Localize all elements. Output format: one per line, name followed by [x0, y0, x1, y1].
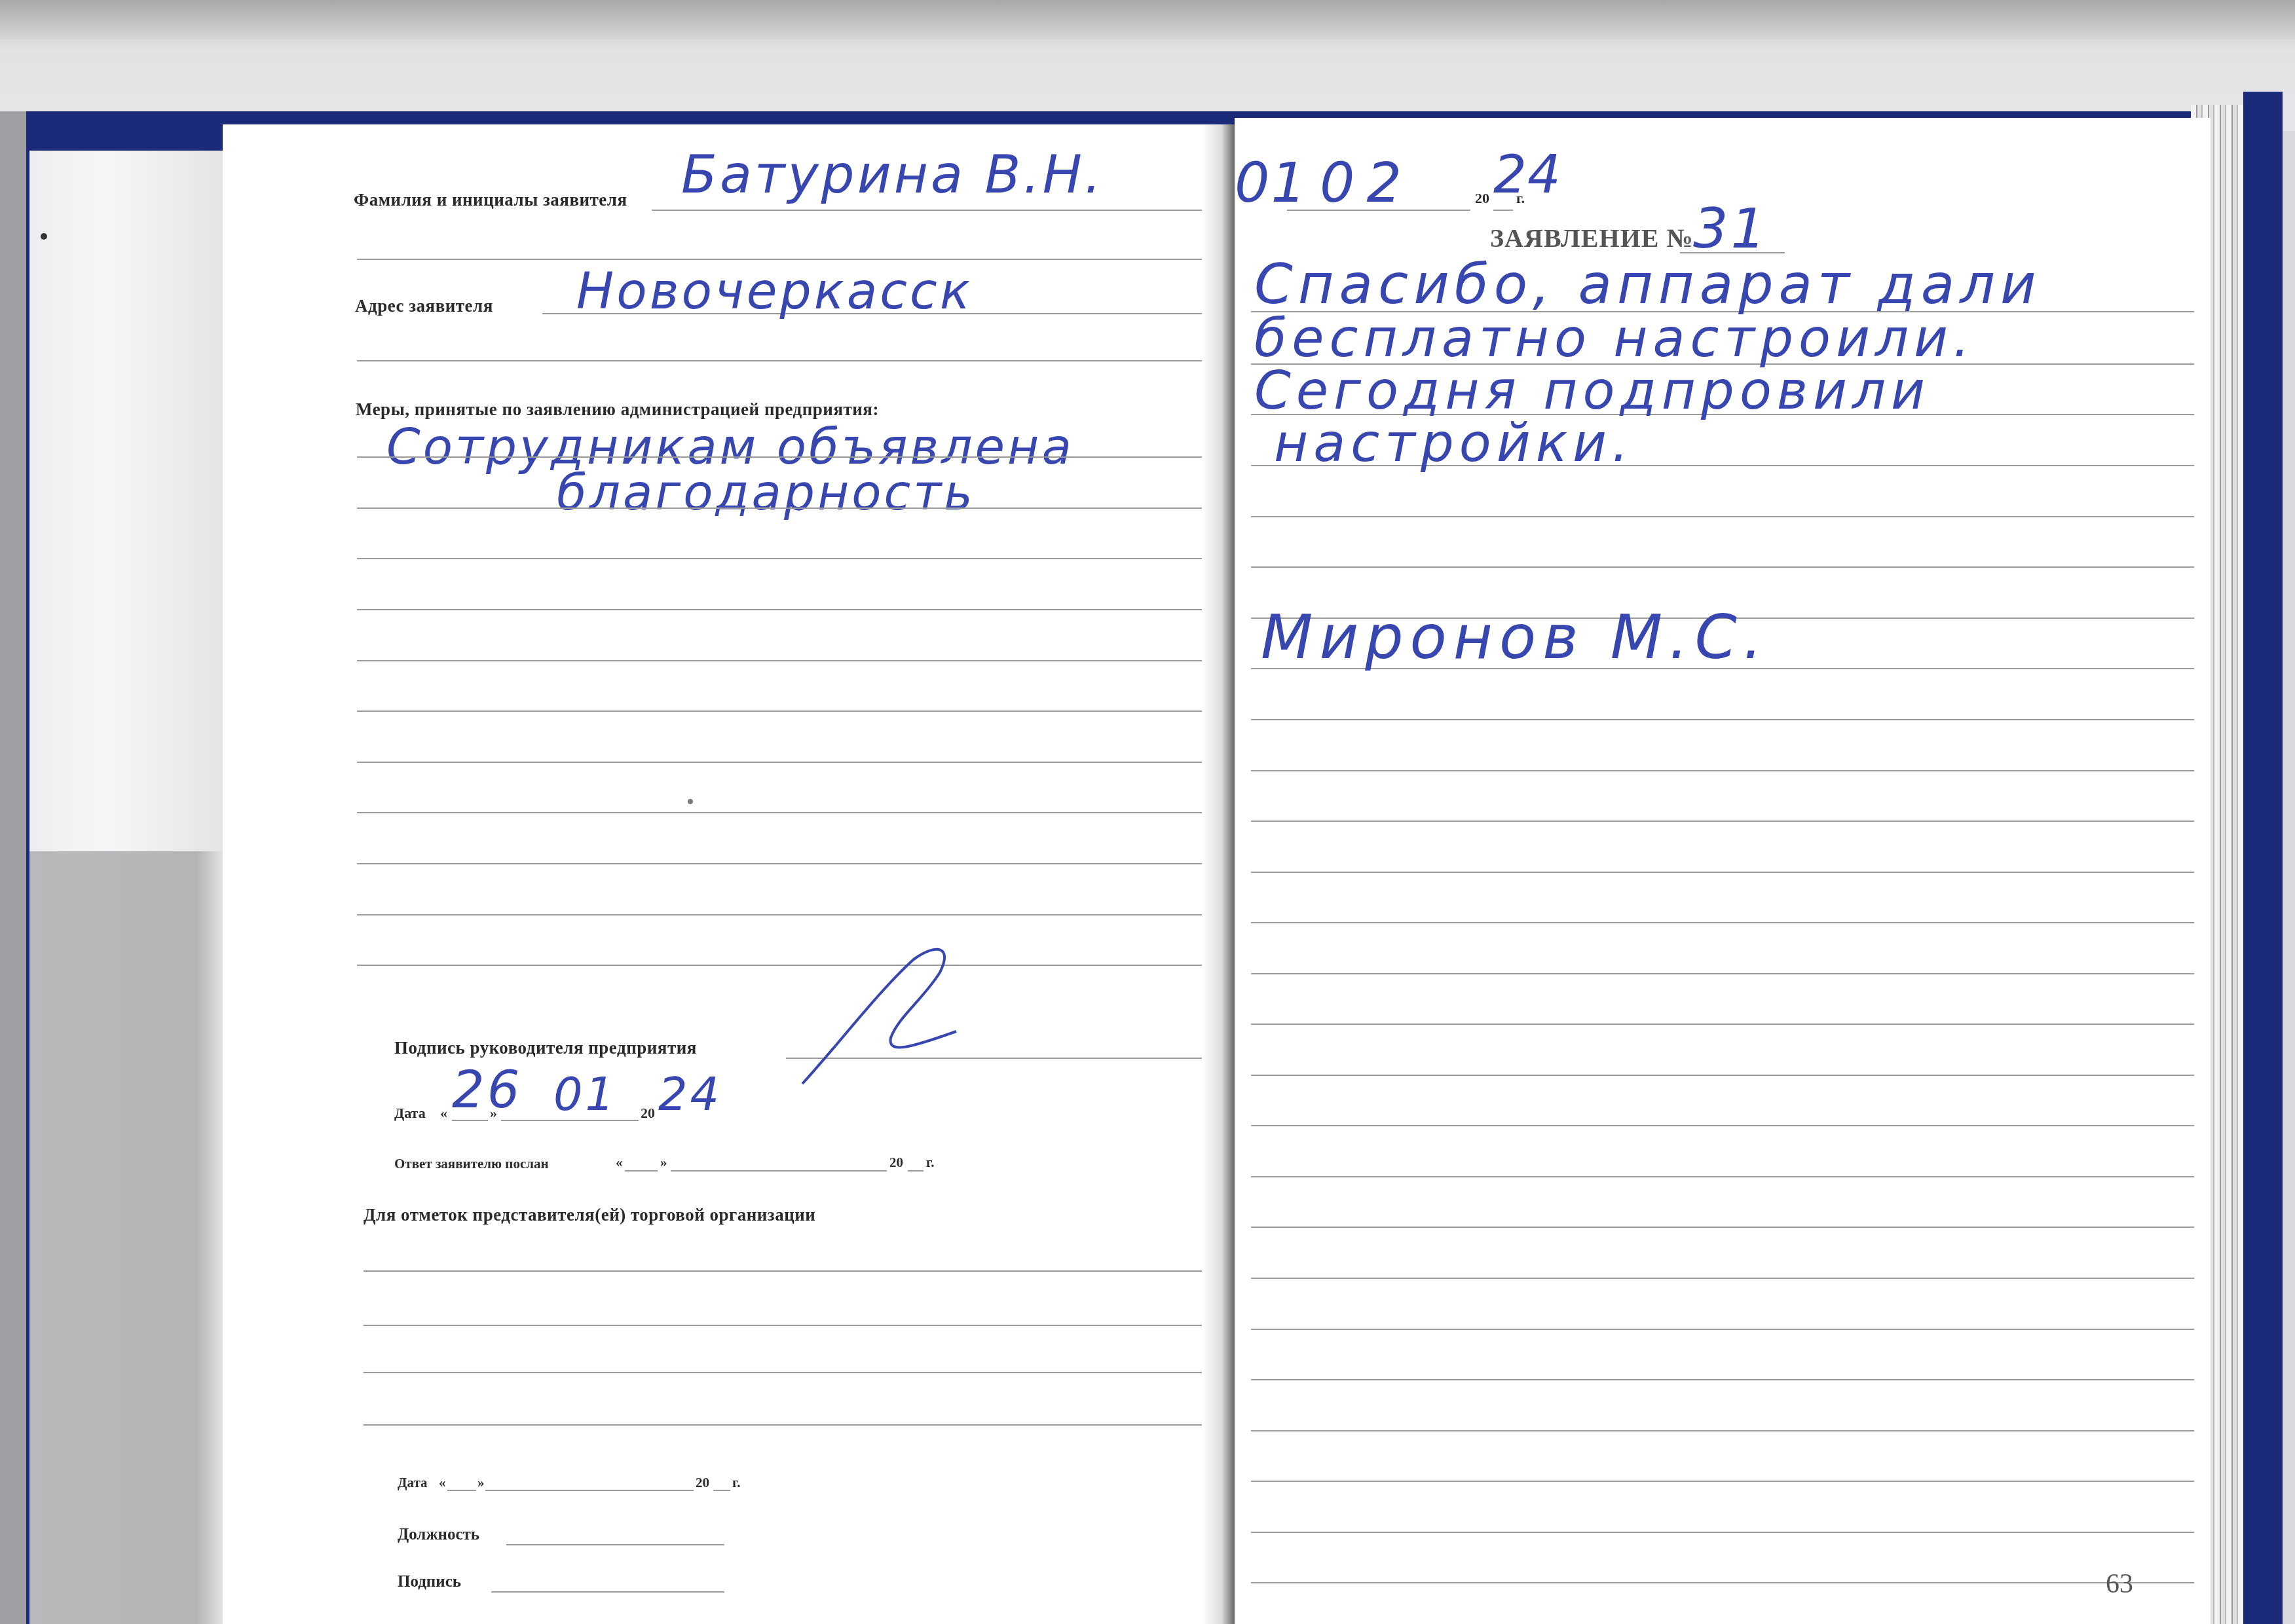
ruled-line [1251, 719, 2194, 720]
reply-sent-day-line [625, 1170, 658, 1172]
ruled-line [357, 914, 1228, 915]
trade-date-quote-open: « [439, 1475, 446, 1491]
reply-sent-quote-close: » [660, 1154, 667, 1171]
ruled-line [1251, 516, 2194, 517]
ink-speck [41, 233, 47, 240]
ruled-line [1251, 1481, 2194, 1482]
book-cover-right [2243, 92, 2283, 1624]
date-year-value: 24 [658, 1067, 722, 1121]
date-label: Дата [394, 1105, 426, 1122]
ruled-line [364, 1270, 1228, 1272]
applicant-name-value: Батурина В.Н. [681, 144, 1104, 205]
trade-date-year-prefix: 20 [696, 1475, 709, 1491]
signature-line [491, 1591, 724, 1593]
ruled-line [364, 1424, 1228, 1426]
header-date-year-line [1493, 210, 1513, 211]
statement-number: 31 [1693, 196, 1768, 261]
measures-text-line2: благодарность [557, 465, 975, 521]
cover-endpaper-shadow [29, 851, 226, 1624]
ruled-line [357, 558, 1228, 559]
ruled-line [1251, 1278, 2194, 1279]
ruled-line [1251, 973, 2194, 974]
header-date-day: 01 [1235, 151, 1307, 215]
ruled-line [357, 660, 1228, 661]
reply-sent-month-line [671, 1170, 887, 1172]
header-date-year-value: 24 [1493, 144, 1561, 205]
position-label: Должность [398, 1526, 479, 1544]
applicant-name-line [652, 210, 1228, 211]
ruled-line [1251, 1075, 2194, 1076]
ruled-line [357, 762, 1228, 763]
ruled-line [1251, 770, 2194, 771]
ruled-line [357, 507, 1228, 509]
date-year-prefix: 20 [641, 1105, 655, 1122]
date-month-value: 01 [553, 1067, 617, 1121]
date-day-line [452, 1120, 488, 1121]
ruled-line [1251, 566, 2194, 568]
handwritten-signature-icon [799, 940, 969, 1090]
ruled-line [357, 812, 1228, 813]
ruled-line [1251, 1582, 2194, 1583]
date-day-value: 26 [452, 1061, 522, 1120]
reply-sent-year-prefix: 20 [889, 1154, 903, 1171]
ruled-line [357, 863, 1228, 864]
applicant-address-label: Адрес заявителя [355, 296, 493, 316]
ruled-line [1251, 1532, 2194, 1533]
ruled-line [1251, 1379, 2194, 1380]
ruled-line [357, 360, 1228, 361]
ruled-line [1251, 872, 2194, 873]
ruled-line [364, 1372, 1228, 1373]
header-date-month: 02 [1320, 151, 1413, 215]
statement-text-line1: Спасибо, аппарат дали [1254, 252, 2041, 316]
scanner-edge [0, 0, 2295, 39]
reply-sent-year-line [908, 1170, 924, 1172]
trade-date-year-line [713, 1490, 730, 1491]
reply-sent-year-suffix: г. [926, 1154, 934, 1171]
trade-date-month-line [485, 1490, 694, 1491]
page-number: 63 [2106, 1568, 2133, 1600]
position-line [506, 1544, 724, 1545]
ruled-line [357, 456, 1228, 458]
ruled-line [1251, 1024, 2194, 1025]
ruled-line [357, 259, 1228, 260]
ruled-line [357, 609, 1228, 610]
right-page: 01 02 20 24 г. ЗАЯВЛЕНИЕ № 31 Спасибо, а… [1235, 118, 2211, 1624]
ruled-line [1251, 922, 2194, 923]
manager-signature-label: Подпись руководителя предприятия [394, 1038, 697, 1058]
ruled-line [357, 965, 1228, 966]
applicant-name-label: Фамилия и инициалы заявителя [354, 190, 627, 210]
author-signature: Миронов М.С. [1261, 602, 1769, 673]
statement-title: ЗАЯВЛЕНИЕ № [1490, 223, 1694, 253]
signature-label: Подпись [398, 1573, 461, 1591]
applicant-address-value: Новочеркасск [576, 262, 973, 320]
reply-sent-label: Ответ заявителю послан [394, 1156, 549, 1172]
scanner-edge-left [0, 111, 26, 1624]
statement-text-line4: настройки. [1274, 413, 1633, 473]
trade-org-label: Для отметок представителя(ей) торговой о… [364, 1205, 815, 1225]
ink-speck [688, 799, 693, 804]
left-page: Фамилия и инициалы заявителя Батурина В.… [223, 124, 1235, 1624]
header-date-year-prefix: 20 [1475, 190, 1489, 207]
trade-date-quote-close: » [477, 1475, 485, 1491]
ruled-line [1251, 821, 2194, 822]
measures-label: Меры, принятые по заявлению администраци… [356, 399, 879, 420]
ruled-line [357, 710, 1228, 712]
ruled-line [1251, 1125, 2194, 1126]
ruled-line [1251, 1176, 2194, 1177]
reply-sent-quote-open: « [616, 1154, 623, 1171]
trade-date-day-line [447, 1490, 476, 1491]
trade-date-year-suffix: г. [732, 1475, 740, 1491]
ruled-line [364, 1325, 1228, 1326]
ruled-line [1251, 1430, 2194, 1431]
date-quote-open: « [440, 1105, 447, 1122]
ruled-line [1251, 1329, 2194, 1330]
header-date-suffix: г. [1516, 190, 1525, 207]
ruled-line [1251, 1227, 2194, 1228]
trade-date-label: Дата [398, 1475, 427, 1491]
